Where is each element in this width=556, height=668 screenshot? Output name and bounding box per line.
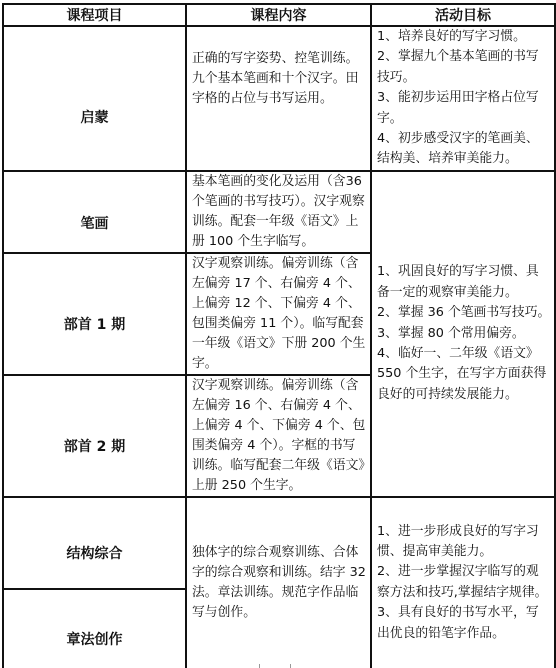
- course-content-cell: 正确的写字姿势、控笔训练。九个基本笔画和十个汉字。田字格的占位与书写运用。: [186, 26, 371, 171]
- table-row-structure: 结构综合 独体字的综合观察训练、合体字的综合观察和训练。结字 32 法。章法训练…: [3, 497, 555, 589]
- course-name: 章法创作: [4, 609, 185, 649]
- course-name-cell: 启蒙: [3, 26, 186, 171]
- footer-mark: [259, 664, 291, 668]
- goals-cell-merged: 1、巩固良好的写字习惯、具备一定的观察审美能力。 2、掌握 36 个笔画书写技巧…: [371, 171, 555, 497]
- goal-item: 3、掌握 80 个常用偏旁。: [377, 324, 551, 344]
- table-header-row: 课程项目 课程内容 活动目标: [3, 4, 555, 26]
- course-content-cell: 汉字观察训练。偏旁训练（含左偏旁 16 个、右偏旁 4 个、上偏旁 4 个、下偏…: [186, 375, 371, 497]
- course-content-cell-merged: 独体字的综合观察训练、合体字的综合观察和训练。结字 32 法。章法训练。规范字作…: [186, 497, 371, 668]
- goal-item: 4、临好一、二年级《语文》550 个生字，在写字方面获得良好的可持续发展能力。: [377, 344, 551, 405]
- course-name: 部首 1 期: [4, 294, 185, 334]
- table-row-strokes: 笔画 基本笔画的变化及运用（含36 个笔画的书写技巧）。汉字观察训练。配套一年级…: [3, 171, 555, 253]
- course-name: 笔画: [4, 191, 185, 233]
- goal-item: 4、初步感受汉字的笔画美、结构美、培养审美能力。: [377, 129, 551, 170]
- goal-item: 2、掌握 36 个笔画书写技巧。: [377, 303, 551, 323]
- goal-item: 1、进一步形成良好的写字习惯、提高审美能力。: [377, 522, 551, 563]
- header-course-item: 课程项目: [3, 4, 186, 26]
- course-name-cell: 部首 1 期: [3, 253, 186, 375]
- course-name: 启蒙: [4, 69, 185, 127]
- header-activity-goals: 活动目标: [371, 4, 555, 26]
- course-name-cell: 章法创作: [3, 589, 186, 668]
- course-content-cell: 汉字观察训练。偏旁训练（含左偏旁 17 个、右偏旁 4 个、上偏旁 12 个、下…: [186, 253, 371, 375]
- course-content-cell: 基本笔画的变化及运用（含36 个笔画的书写技巧）。汉字观察训练。配套一年级《语文…: [186, 171, 371, 253]
- course-name: 部首 2 期: [4, 416, 185, 456]
- goal-item: 3、能初步运用田字格占位写字。: [377, 88, 551, 129]
- course-name-cell: 部首 2 期: [3, 375, 186, 497]
- table-row-enlightenment: 启蒙 正确的写字姿势、控笔训练。九个基本笔画和十个汉字。田字格的占位与书写运用。…: [3, 26, 555, 171]
- goal-item: 1、巩固良好的写字习惯、具备一定的观察审美能力。: [377, 262, 551, 303]
- course-name-cell: 结构综合: [3, 497, 186, 589]
- goals-cell: 1、培养良好的写字习惯。 2、掌握九个基本笔画的书写技巧。 3、能初步运用田字格…: [371, 26, 555, 171]
- goal-item: 3、具有良好的书写水平，写出优良的铅笔字作品。: [377, 603, 551, 644]
- goals-cell-merged: 1、进一步形成良好的写字习惯、提高审美能力。 2、进一步掌握汉字临写的观察方法和…: [371, 497, 555, 668]
- goal-item: 1、培养良好的写字习惯。: [377, 27, 551, 47]
- header-course-content: 课程内容: [186, 4, 371, 26]
- goal-item: 2、进一步掌握汉字临写的观察方法和技巧,掌握结字规律。: [377, 562, 551, 603]
- course-name-cell: 笔画: [3, 171, 186, 253]
- curriculum-table: 课程项目 课程内容 活动目标 启蒙 正确的写字姿势、控笔训练。九个基本笔画和十个…: [2, 3, 556, 668]
- course-name: 结构综合: [4, 523, 185, 563]
- goal-item: 2、掌握九个基本笔画的书写技巧。: [377, 47, 551, 88]
